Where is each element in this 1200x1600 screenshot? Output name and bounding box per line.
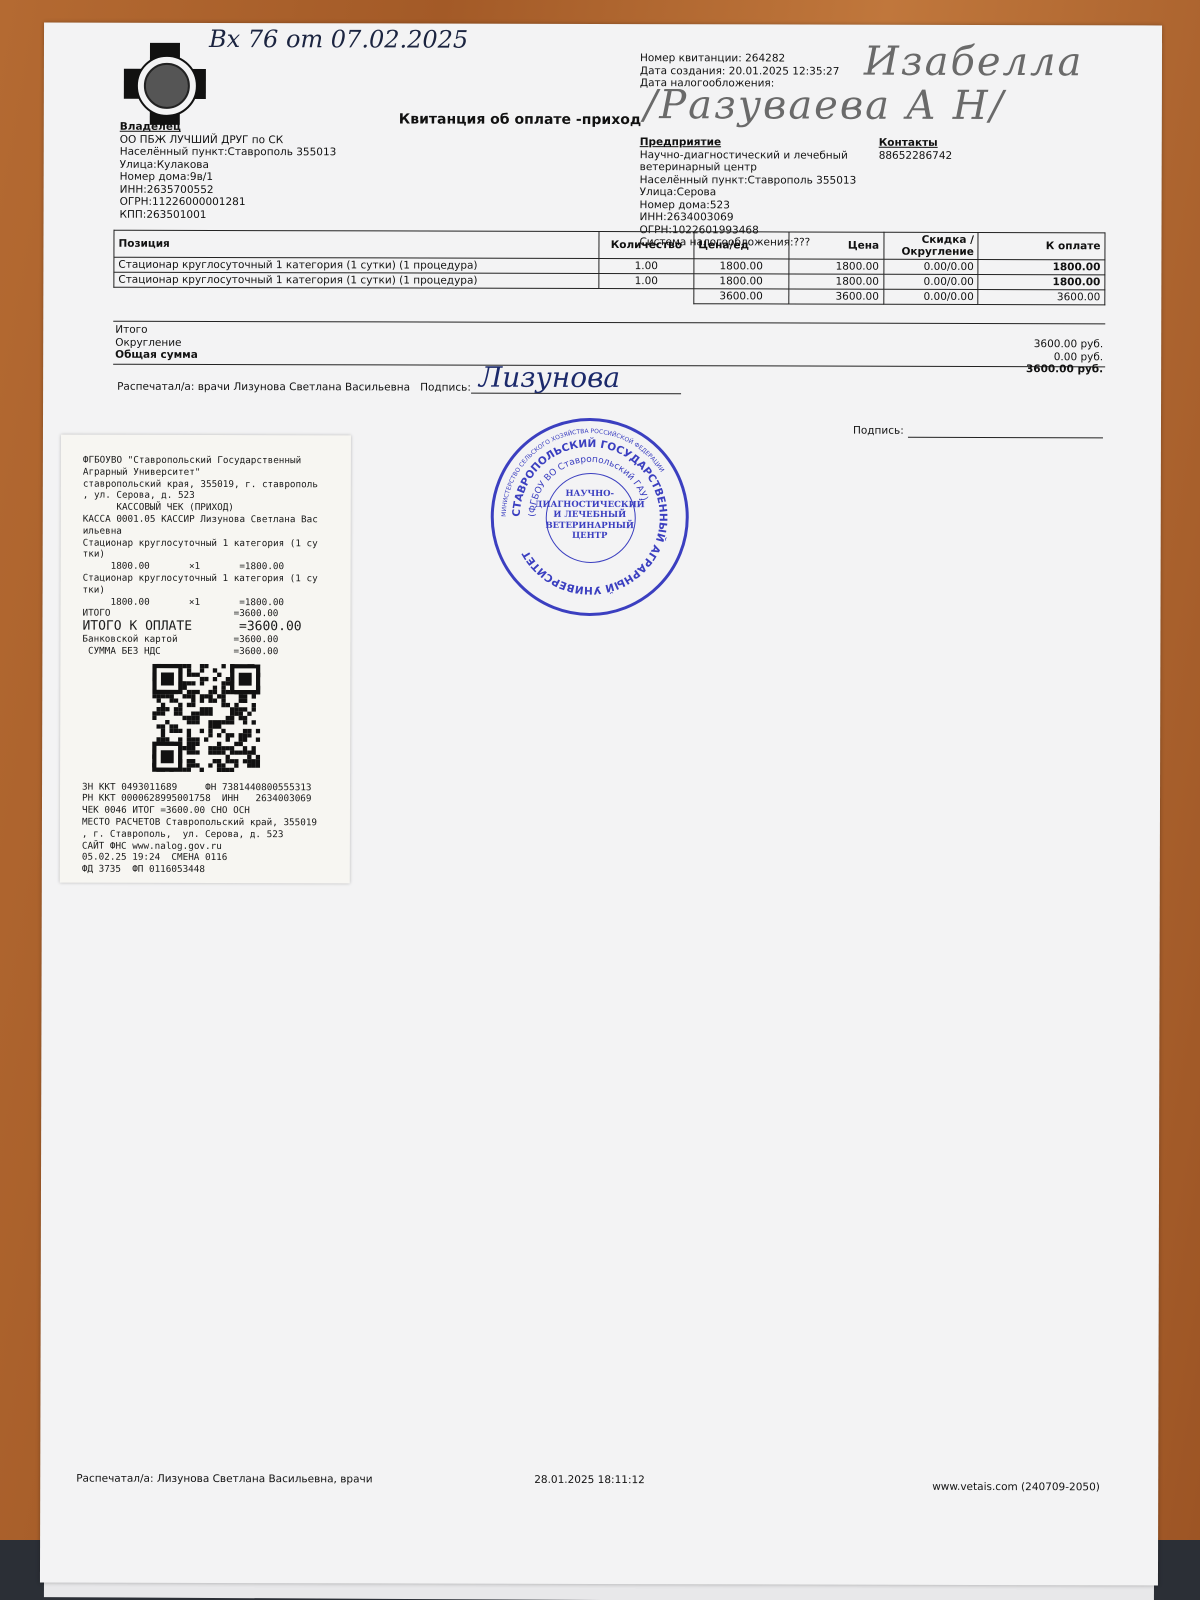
col-discount: Скидка / Округление: [884, 232, 979, 259]
official-stamp: МИНИСТЕРСТВО СЕЛЬСКОГО ХОЗЯЙСТВА РОССИЙС…: [490, 418, 689, 617]
stamp-center-text: НАУЧНО- ДИАГНОСТИЧЕСКИЙ И ЛЕЧЕБНЫЙ ВЕТЕР…: [534, 489, 646, 542]
owner-line: Улица:Кулакова: [120, 158, 337, 171]
receipt-line: ФГБОУВО "Ставропольский Государственный: [61, 455, 351, 468]
receipt-line: тки): [61, 549, 351, 562]
signature-field: Лизунова: [471, 379, 681, 395]
owner-line: ИНН:2635700552: [120, 183, 337, 196]
second-signature: Подпись:: [853, 425, 1103, 439]
signature-line: [908, 425, 1103, 439]
footer-site: www.vetais.com (240709-2050): [932, 1481, 1100, 1493]
receipt-total-to-pay: ИТОГО К ОПЛАТЕ =3600.00: [60, 620, 350, 635]
handwritten-signature: Лизунова: [479, 361, 620, 394]
rounding-value: 0.00 руб.: [1026, 351, 1103, 364]
receipt-line: ильевна: [61, 525, 351, 538]
enterprise-line: Улица:Серова: [640, 186, 857, 199]
printed-by: Распечатал/а: врачи Лизунова Светлана Ва…: [117, 378, 681, 394]
receipt-line: КАССОВЫЙ ЧЕК (ПРИХОД): [61, 502, 351, 515]
totals-block: Итого Округление Общая сумма 3600.00 руб…: [113, 321, 1105, 367]
owner-line: Населённый пункт:Ставрополь 355013: [120, 146, 337, 159]
enterprise-line: Населённый пункт:Ставрополь 355013: [640, 174, 857, 187]
itogo-value: 3600.00 руб.: [1026, 338, 1103, 351]
col-position: Позиция: [114, 230, 599, 258]
tax-date: Дата налогообложения:: [640, 77, 840, 90]
enterprise-heading: Предприятие: [640, 136, 857, 149]
owner-block: Владелец ОО ПБЖ ЛУЧШИЙ ДРУГ по СК Населё…: [120, 121, 337, 222]
sum-value: 3600.00 руб.: [1026, 363, 1103, 376]
footer-printed-by: Распечатал/а: Лизунова Светлана Васильев…: [76, 1473, 372, 1486]
enterprise-line: Научно-диагностический и лечебный: [640, 149, 857, 162]
receipt-line: СУММА БЕЗ НДС =3600.00: [60, 646, 350, 659]
document-title: Квитанция об оплате -приход: [399, 111, 641, 128]
receipt-line: Аграрный Университет": [61, 466, 351, 479]
col-price: Цена: [789, 232, 884, 259]
owner-line: КПП:263501001: [120, 208, 337, 221]
handwritten-pet-name: Изабелла: [864, 39, 1084, 86]
col-unit-price: Цена/ед: [694, 232, 789, 259]
table-header-row: Позиция Количество Цена/ед Цена Скидка /…: [114, 230, 1105, 260]
receipt-line: ЧЕК 0046 ИТОГ =3600.00 СНО ОСН: [60, 805, 350, 818]
created-date: Дата создания: 20.01.2025 12:35:27: [640, 65, 840, 78]
contacts-heading: Контакты: [879, 137, 953, 150]
receipt-line: , ул. Серова, д. 523: [61, 490, 351, 503]
qr-code-icon: [152, 664, 260, 772]
owner-line: Номер дома:9в/1: [120, 171, 337, 184]
enterprise-line: ветеринарный центр: [640, 161, 857, 174]
receipt-line: РН ККТ 0000628995001758 ИНН 2634003069: [60, 793, 350, 806]
receipt-line: , г. Ставрополь, ул. Серова, д. 523: [60, 828, 350, 841]
receipt-line: Стационар круглосуточный 1 категория (1 …: [61, 573, 351, 586]
enterprise-line: Номер дома:523: [640, 199, 857, 212]
receipt-line: Банковской картой =3600.00: [60, 634, 350, 647]
col-to-pay: К оплате: [978, 232, 1105, 259]
receipt-line: МЕСТО РАСЧЕТОВ Ставропольский край, 3550…: [60, 817, 350, 830]
col-quantity: Количество: [599, 231, 694, 258]
receipt-line: ставропольский края, 355019, г. ставропо…: [61, 478, 351, 491]
receipt-line: тки): [61, 584, 351, 597]
clinic-logo-icon: [124, 43, 206, 125]
receipt-line: САЙТ ФНС www.nalog.gov.ru: [60, 840, 350, 853]
receipt-line: 05.02.25 19:24 СМЕНА 0116: [60, 852, 350, 865]
receipt-meta: Номер квитанции: 264282 Дата создания: 2…: [640, 52, 840, 90]
owner-heading: Владелец: [120, 121, 337, 134]
receipt-line: 1800.00 ×1 =1800.00: [61, 561, 351, 574]
contacts-block: Контакты 88652286742: [879, 137, 953, 162]
receipt-line: ЗН ККТ 0493011689 ФН 7381440800555313: [60, 781, 350, 794]
receipt-line: 1800.00 ×1 =1800.00: [61, 596, 351, 609]
receipt-document: Вх 76 от 07.02.2025 Изабелла /Разуваева …: [40, 23, 1162, 1586]
handwritten-incoming-note: Вх 76 от 07.02.2025: [209, 25, 468, 54]
receipt-line: ФД 3735 ФП 0116053448: [60, 864, 350, 877]
receipt-line: Стационар круглосуточный 1 категория (1 …: [61, 537, 351, 550]
footer-datetime: 28.01.2025 18:11:12: [534, 1474, 645, 1486]
cash-register-receipt: ФГБОУВО "Ставропольский ГосударственныйА…: [60, 435, 351, 884]
enterprise-line: ИНН:2634003069: [640, 211, 857, 224]
table-total-row: 3600.00 3600.00 0.00/0.00 3600.00: [114, 287, 1105, 305]
owner-line: ОГРН:11226000001281: [120, 196, 337, 209]
contacts-phone: 88652286742: [879, 149, 953, 162]
items-table: Позиция Количество Цена/ед Цена Скидка /…: [113, 230, 1105, 306]
receipt-number: Номер квитанции: 264282: [640, 52, 840, 65]
receipt-line: КАССА 0001.05 КАССИР Лизунова Светлана В…: [61, 514, 351, 527]
owner-line: ОО ПБЖ ЛУЧШИЙ ДРУГ по СК: [120, 133, 337, 146]
